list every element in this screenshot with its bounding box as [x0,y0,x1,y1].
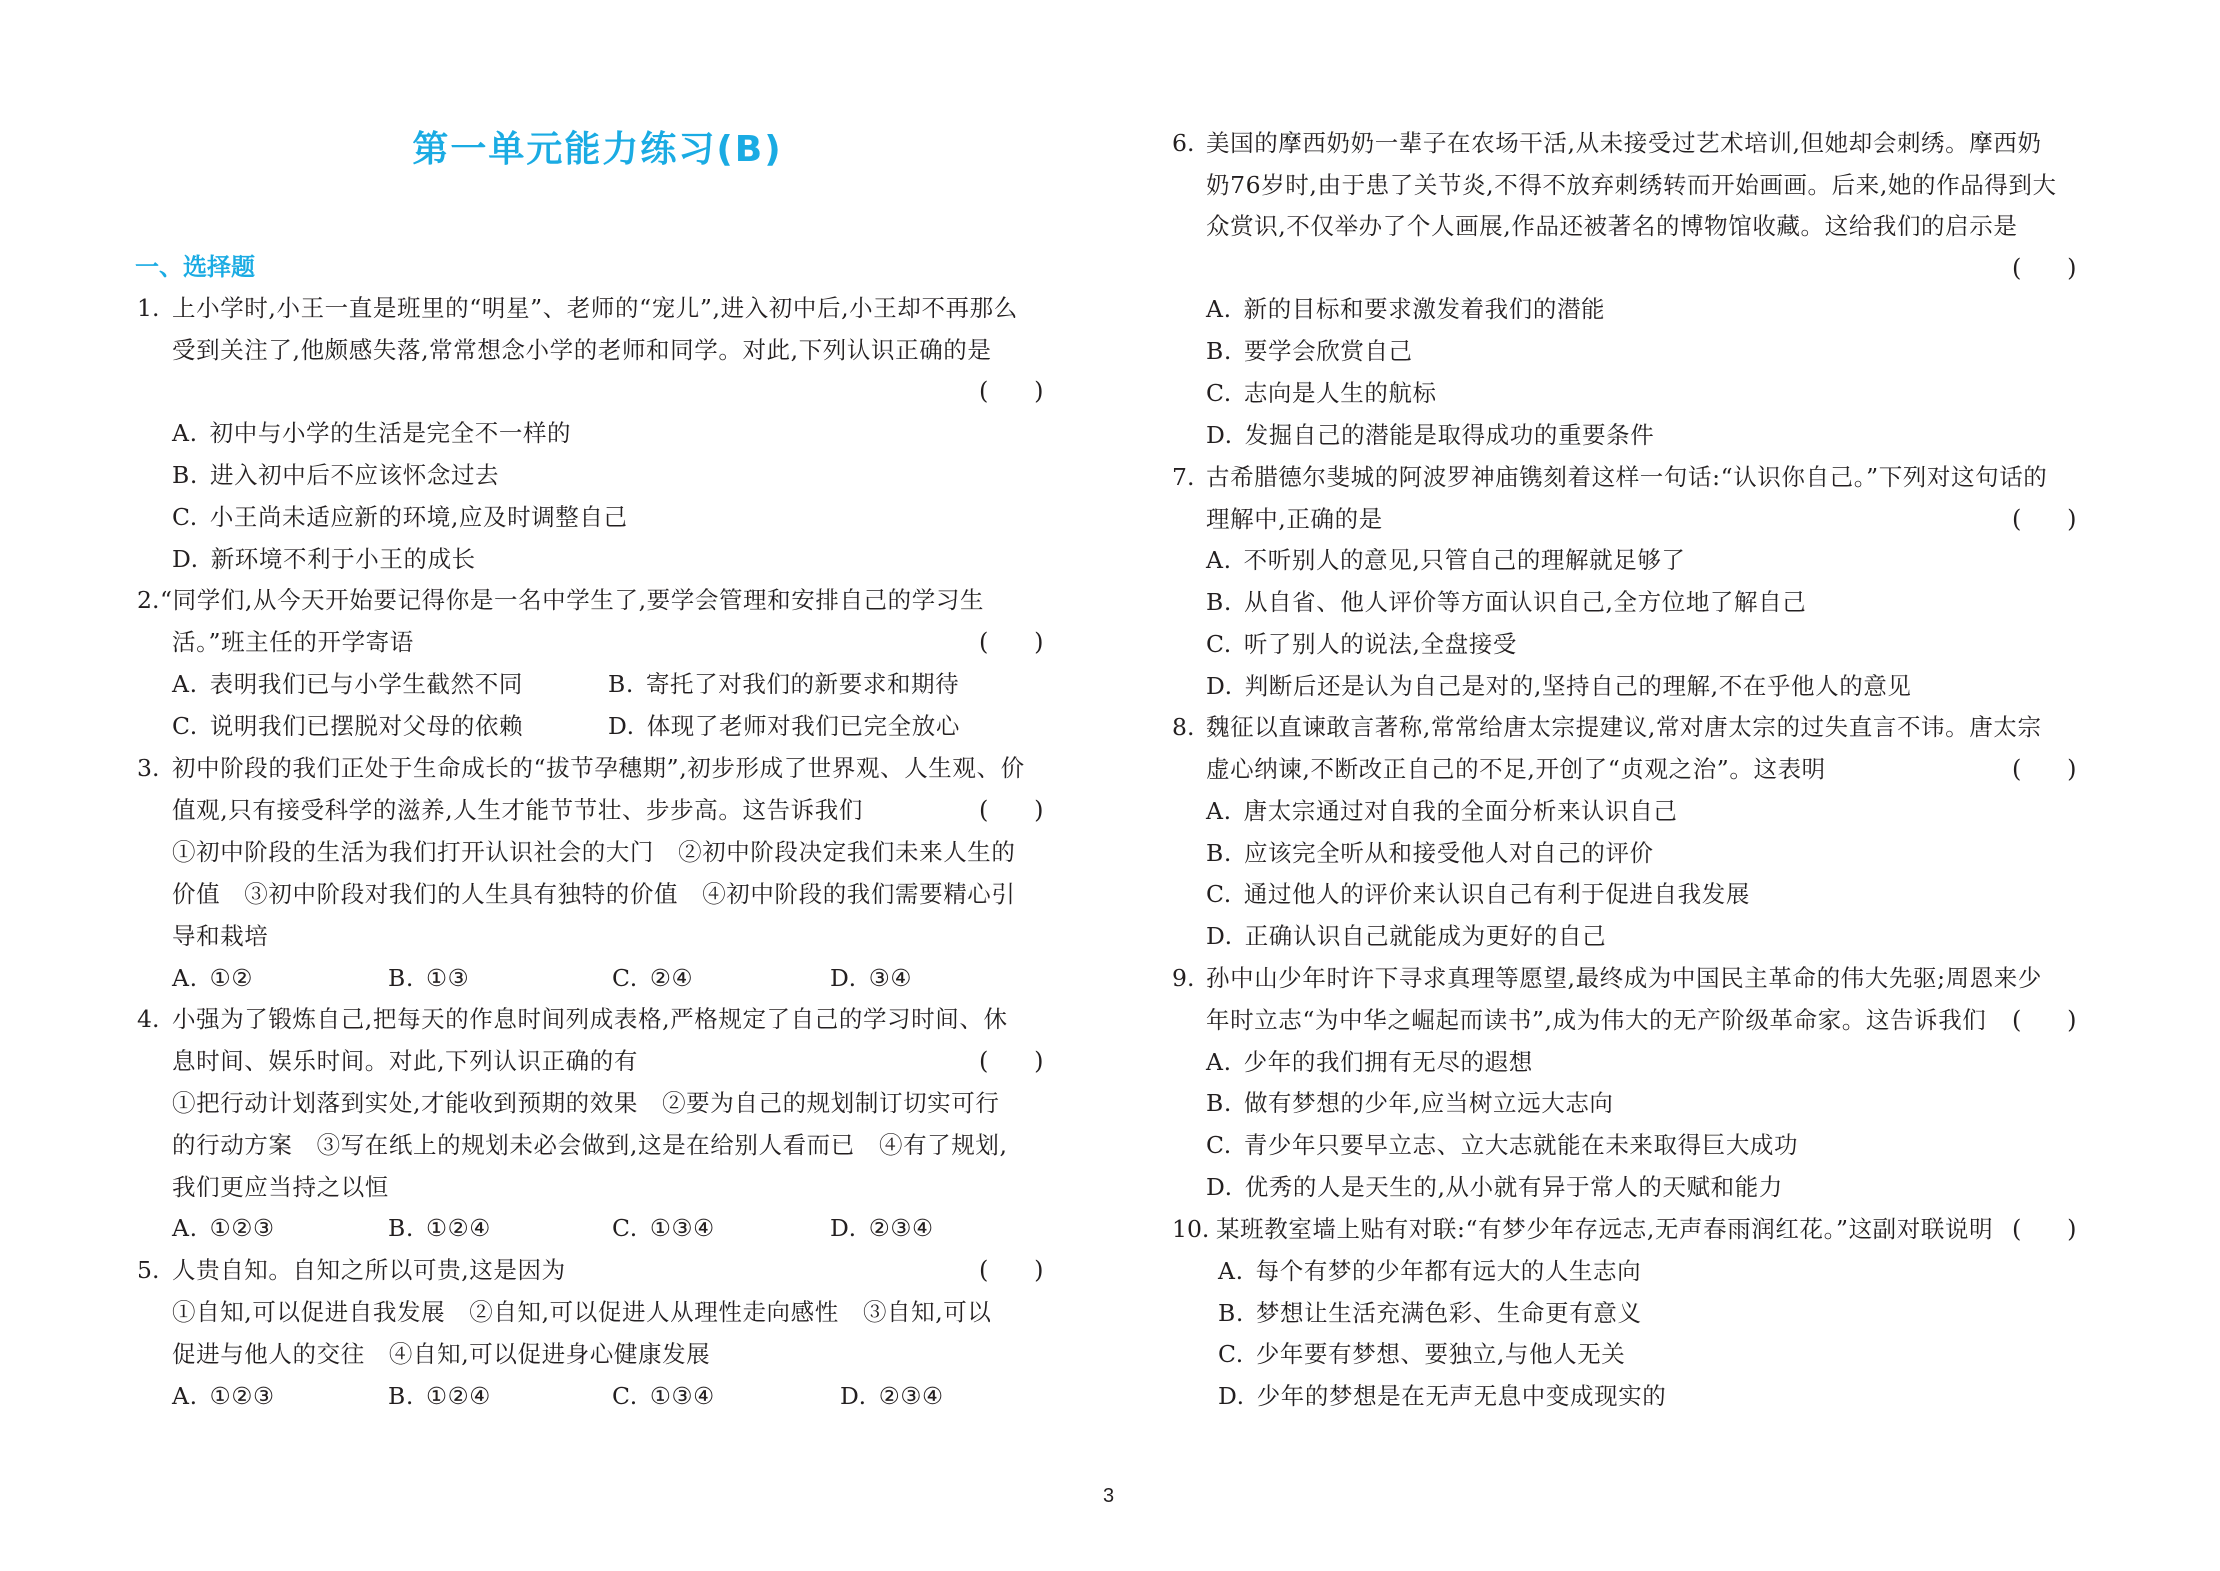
option-d[interactable]: D.判断后还是认为自己是对的,坚持自己的理解,不在乎他人的意见 [1206,669,1912,703]
answer-blank[interactable]: ( ) [2012,1212,2077,1246]
statement-line: 我们更应当持之以恒 [172,1170,389,1204]
option-a[interactable]: A.不听别人的意见,只管自己的理解就足够了 [1206,543,1686,577]
statement-line: 导和栽培 [172,919,268,953]
option-c[interactable]: C.通过他人的评价来认识自己有利于促进自我发展 [1206,877,1750,911]
question-stem-line: 古希腊德尔斐城的阿波罗神庙镌刻着这样一句话:“认识你自己。”下列对这句话的 [1206,460,2047,494]
page-title: 第一单元能力练习(B) [0,126,1195,174]
question-stem-line: 上小学时,小王一直是班里的“明星”、老师的“宠儿”,进入初中后,小王却不再那么 [172,291,1018,325]
question-number: 2. [137,583,159,617]
question-stem-line: 奶76岁时,由于患了关节炎,不得不放弃刺绣转而开始画画。后来,她的作品得到大 [1206,168,2057,202]
question-stem-line: 众赏识,不仅举办了个人画展,作品还被著名的博物馆收藏。这给我们的启示是 [1206,209,2017,243]
option-c[interactable]: C.听了别人的说法,全盘接受 [1206,627,1517,661]
option-c[interactable]: C.说明我们已摆脱对父母的依赖 [172,709,523,743]
question-stem-line: 美国的摩西奶奶一辈子在农场干活,从未接受过艺术培训,但她却会刺绣。摩西奶 [1206,126,2042,160]
option-b[interactable]: B.进入初中后不应该怀念过去 [172,458,499,492]
question-number: 7. [1172,460,1194,494]
statement-line: ①初中阶段的生活为我们打开认识社会的大门 ②初中阶段决定我们未来人生的 [172,835,1016,869]
question-stem-line: 虚心纳谏,不断改正自己的不足,开创了“贞观之治”。这表明 [1206,752,1826,786]
option-a[interactable]: A.新的目标和要求激发着我们的潜能 [1206,292,1605,326]
option-d[interactable]: D.优秀的人是天生的,从小就有异于常人的天赋和能力 [1206,1170,1783,1204]
page-number: 3 [1103,1482,1114,1510]
option-b[interactable]: B.寄托了对我们的新要求和期待 [608,667,959,701]
question-stem-line: 人贵自知。自知之所以可贵,这是因为 [172,1253,566,1287]
answer-blank[interactable]: ( ) [2012,752,2077,786]
option-d[interactable]: D.③④ [830,961,912,995]
option-d[interactable]: D.发掘自己的潜能是取得成功的重要条件 [1206,418,1654,452]
option-c[interactable]: C.①③④ [612,1211,715,1245]
question-stem-line: 年时立志“为中华之崛起而读书”,成为伟大的无产阶级革命家。这告诉我们 [1206,1003,1986,1037]
option-a[interactable]: A.①② [172,961,253,995]
question-number: 10. [1172,1212,1209,1246]
option-a[interactable]: A.初中与小学的生活是完全不一样的 [172,416,571,450]
option-d[interactable]: D.②③④ [840,1379,944,1413]
statement-line: 价值 ③初中阶段对我们的人生具有独特的价值 ④初中阶段的我们需要精心引 [172,877,1016,911]
option-c[interactable]: C.少年要有梦想、要独立,与他人无关 [1218,1337,1625,1371]
option-c[interactable]: C.①③④ [612,1379,715,1413]
question-stem-line: 初中阶段的我们正处于生命成长的“拔节孕穗期”,初步形成了世界观、人生观、价 [172,751,1025,785]
option-d[interactable]: D.正确认识自己就能成为更好的自己 [1206,919,1606,953]
option-c[interactable]: C.小王尚未适应新的环境,应及时调整自己 [172,500,628,534]
option-a[interactable]: A.表明我们已与小学生截然不同 [172,667,523,701]
option-a[interactable]: A.少年的我们拥有无尽的遐想 [1206,1045,1533,1079]
option-d[interactable]: D.体现了老师对我们已完全放心 [608,709,960,743]
question-stem-line: 魏征以直谏敢言著称,常常给唐太宗提建议,常对唐太宗的过失直言不讳。唐太宗 [1206,710,2042,744]
question-number: 5. [137,1253,159,1287]
option-b[interactable]: B.要学会欣赏自己 [1206,334,1413,368]
question-number: 6. [1172,126,1194,160]
question-stem-line: 理解中,正确的是 [1206,502,1383,536]
answer-blank[interactable]: ( ) [2012,502,2077,536]
option-d[interactable]: D.少年的梦想是在无声无息中变成现实的 [1218,1379,1666,1413]
option-d[interactable]: D.②③④ [830,1211,934,1245]
question-stem-line: 某班教室墙上贴有对联:“有梦少年存远志,无声春雨润红花。”这副对联说明 [1216,1212,1993,1246]
option-b[interactable]: B.①②④ [388,1379,491,1413]
question-stem-line: 息时间、娱乐时间。对此,下列认识正确的有 [172,1044,638,1078]
question-stem-line: 活。”班主任的开学寄语 [172,625,414,659]
option-a[interactable]: A.①②③ [172,1211,275,1245]
statement-line: ①自知,可以促进自我发展 ②自知,可以促进人从理性走向感性 ③自知,可以 [172,1295,992,1329]
answer-blank[interactable]: ( ) [979,1044,1044,1078]
option-b[interactable]: B.应该完全听从和接受他人对自己的评价 [1206,836,1654,870]
option-d[interactable]: D.新环境不利于小王的成长 [172,542,476,576]
answer-blank[interactable]: ( ) [979,625,1044,659]
option-a[interactable]: A.唐太宗通过对自我的全面分析来认识自己 [1206,794,1677,828]
answer-blank[interactable]: ( ) [979,1253,1044,1287]
option-c[interactable]: C.青少年只要早立志、立大志就能在未来取得巨大成功 [1206,1128,1798,1162]
answer-blank[interactable]: ( ) [2012,251,2077,285]
option-a[interactable]: A.①②③ [172,1379,275,1413]
option-b[interactable]: B.梦想让生活充满色彩、生命更有意义 [1218,1296,1642,1330]
question-stem-line: 受到关注了,他颇感失落,常常想念小学的老师和同学。对此,下列认识正确的是 [172,333,992,367]
answer-blank[interactable]: ( ) [2012,1003,2077,1037]
question-stem-line: 孙中山少年时许下寻求真理等愿望,最终成为中国民主革命的伟大先驱;周恩来少 [1206,961,2042,995]
option-b[interactable]: B.①③ [388,961,469,995]
option-c[interactable]: C.志向是人生的航标 [1206,376,1437,410]
question-number: 4. [137,1002,159,1036]
question-number: 8. [1172,710,1194,744]
worksheet-page: 第一单元能力练习(B) 一、选择题 1. 上小学时,小王一直是班里的“明星”、老… [0,0,2220,1571]
question-stem-line: 值观,只有接受科学的滋养,人生才能节节壮、步步高。这告诉我们 [172,793,863,827]
statement-line: ①把行动计划落到实处,才能收到预期的效果 ②要为自己的规划制订切实可行 [172,1086,999,1120]
statement-line: 促进与他人的交往 ④自知,可以促进身心健康发展 [172,1337,710,1371]
option-c[interactable]: C.②④ [612,961,693,995]
answer-blank[interactable]: ( ) [979,374,1044,408]
question-number: 1. [137,291,159,325]
question-number: 3. [137,751,159,785]
statement-line: 的行动方案 ③写在纸上的规划未必会做到,这是在给别人看而已 ④有了规划, [172,1128,1008,1162]
option-b[interactable]: B.①②④ [388,1211,491,1245]
section-heading: 一、选择题 [135,250,255,284]
answer-blank[interactable]: ( ) [979,793,1044,827]
question-stem-line: “同学们,从今天开始要记得你是一名中学生了,要学会管理和安排自己的学习生 [160,583,984,617]
question-number: 9. [1172,961,1194,995]
question-stem-line: 小强为了锻炼自己,把每天的作息时间列成表格,严格规定了自己的学习时间、休 [172,1002,1008,1036]
option-a[interactable]: A.每个有梦的少年都有远大的人生志向 [1218,1254,1641,1288]
option-b[interactable]: B.从自省、他人评价等方面认识自己,全方位地了解自己 [1206,585,1806,619]
option-b[interactable]: B.做有梦想的少年,应当树立远大志向 [1206,1086,1614,1120]
